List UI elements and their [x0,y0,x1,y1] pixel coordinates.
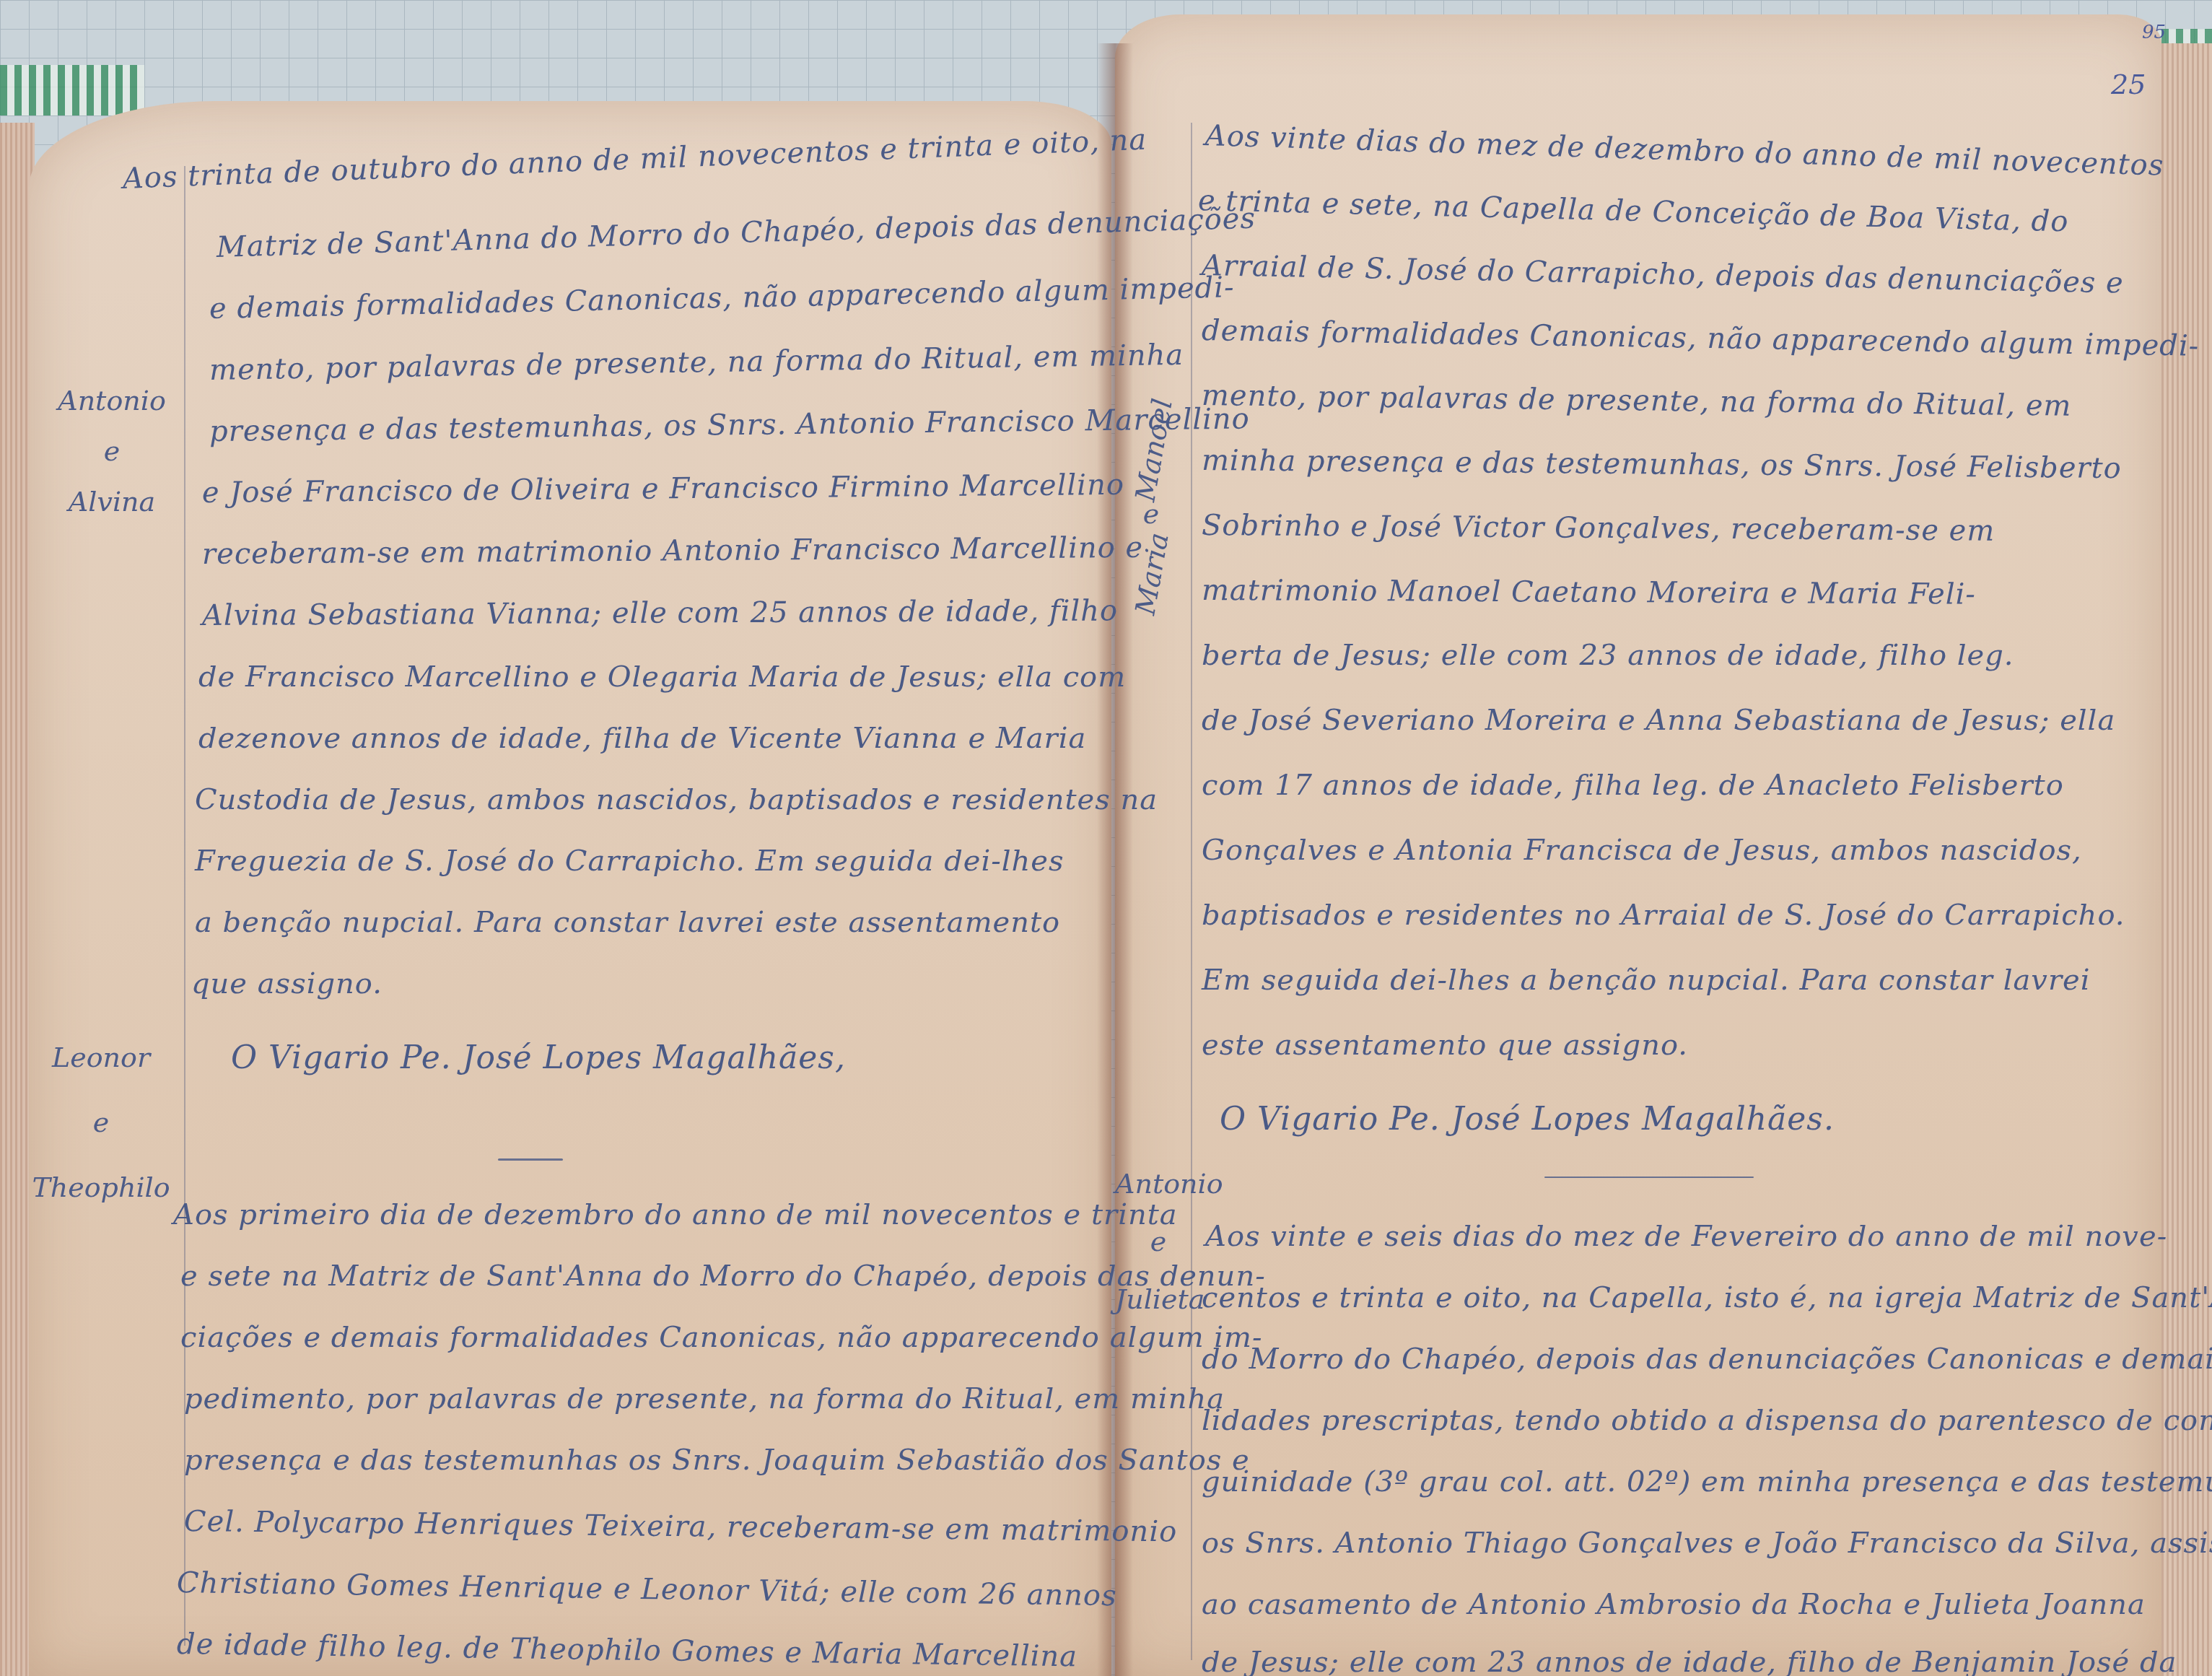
entry-separator [1544,1177,1754,1178]
bride-margin-name: Julieta [1115,1270,1202,1328]
stamped-page-number: 95 [2142,22,2166,43]
bride-margin-name: Leonor [29,1025,173,1090]
entry-line: de José Severiano Moreira e Anna Sebasti… [1202,704,2115,737]
groom-margin-name: Antonio [43,375,180,426]
margin-conjunction: e [29,1090,173,1155]
groom-margin-name: Antonio [1115,1155,1202,1213]
entry-line: e sete na Matriz de Sant'Anna do Morro d… [180,1260,1266,1293]
entry-line: Aos primeiro dia de dezembro do anno de … [173,1198,1178,1231]
entry-line: Sobrinho e José Victor Gonçalves, recebe… [1202,509,1995,548]
entry-line: Alvina Sebastiana Vianna; elle com 25 an… [202,594,1118,632]
entry-line: Gonçalves e Antonia Francisca de Jesus, … [1202,834,2082,867]
entry-line: Em seguida dei-lhes a benção nupcial. Pa… [1202,964,2090,997]
entry-line: dezenove annos de idade, filha de Vicent… [198,722,1086,755]
entry-line: este assentamento que assigno. [1202,1029,1688,1062]
entry-line: guinidade (3º grau col. att. 02º) em min… [1202,1465,2212,1498]
entry-line: matrimonio Manoel Caetano Moreira e Mari… [1202,574,1976,611]
priest-signature: O Vigario Pe. José Lopes Magalhães. [1220,1101,1835,1138]
entry-line: berta de Jesus; elle com 23 annos de ida… [1202,639,2014,672]
entry-line: que assigno. [191,967,382,1000]
entry-line: pedimento, por palavras de presente, na … [184,1382,1225,1415]
bride-margin-name: Alvina [43,476,180,527]
entry-line: de Francisco Marcellino e Olegaria Maria… [198,660,1126,694]
father-margin-name: Theophilo [29,1155,173,1220]
entry-line: Custodia de Jesus, ambos nascidos, bapti… [195,783,1158,816]
margin-conjunction: e [1129,498,1173,530]
entry-line: os Snrs. Antonio Thiago Gonçalves e João… [1202,1527,2212,1560]
left-page [29,101,1111,1676]
entry-line: ao casamento de Antonio Ambrosio da Roch… [1202,1588,2146,1621]
margin-conjunction: e [1115,1213,1202,1270]
entry-line: a benção nupcial. Para constar lavrei es… [195,906,1060,939]
entry-margin-names: Antonio e Julieta [1115,1155,1202,1328]
entry-line: receberam-se em matrimonio Antonio Franc… [202,531,1143,571]
entry-line: do Morro do Chapéo, depois das denunciaç… [1202,1343,2212,1376]
entry-margin-names: Manoel [1113,424,1189,507]
entry-margin-names: Antonio e Alvina [43,375,180,527]
entry-margin-names: Leonor e Theophilo [29,1025,173,1220]
left-margin-rule [184,166,185,1646]
right-margin-rule [1191,123,1192,1660]
entry-line: Freguezia de S. José do Carrapicho. Em s… [195,844,1064,878]
entry-line: presença e das testemunhas os Snrs. Joaq… [184,1444,1250,1477]
entry-line: com 17 annos de idade, filha leg. de Ana… [1202,769,2064,802]
entry-line: baptisados e residentes no Arraial de S.… [1202,899,2125,932]
priest-signature: O Vigario Pe. José Lopes Magalhães, [231,1039,846,1076]
margin-conjunction: e [43,426,180,476]
groom-margin-name: Manoel [1113,424,1189,507]
entry-separator [498,1158,563,1161]
written-page-number: 25 [2111,69,2146,100]
entry-line: de Jesus; elle com 23 annos de idade, fi… [1202,1646,2177,1676]
entry-line: centos e trinta e oito, na Capella, isto… [1202,1281,2212,1314]
green-checkered-cloth [0,65,144,115]
entry-line: ciações e demais formalidades Canonicas,… [180,1321,1263,1354]
entry-line: lidades prescriptas, tendo obtido a disp… [1202,1404,2212,1437]
entry-line: Aos vinte e seis dias do mez de Fevereir… [1205,1220,2167,1253]
